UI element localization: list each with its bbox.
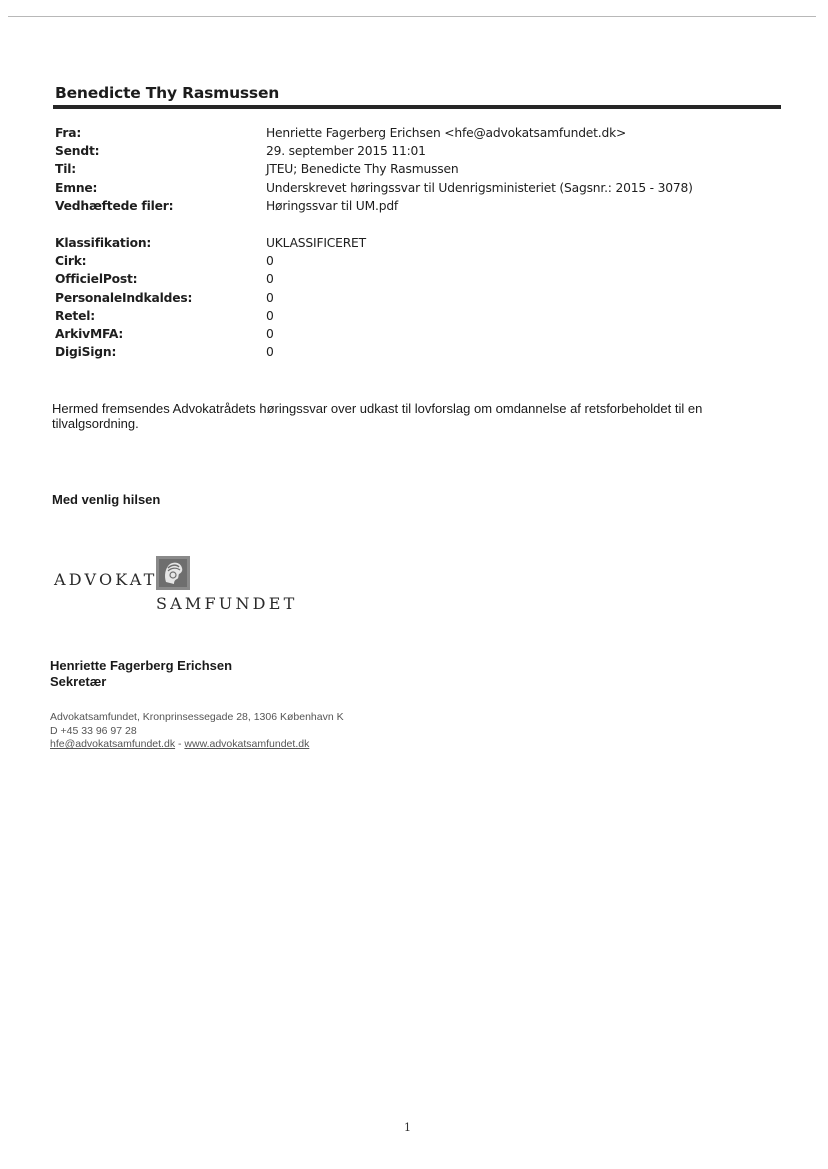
property-value: 0 — [266, 325, 274, 343]
property-row: ArkivMFA: 0 — [55, 325, 366, 343]
header-from: Fra: Henriette Fagerberg Erichsen <hfe@a… — [55, 124, 693, 142]
header-value: JTEU; Benedicte Thy Rasmussen — [266, 160, 458, 178]
property-row: Cirk: 0 — [55, 252, 366, 270]
header-sent: Sendt: 29. september 2015 11:01 — [55, 142, 693, 160]
property-row: Klassifikation: UKLASSIFICERET — [55, 234, 366, 252]
header-label: Sendt: — [55, 142, 266, 160]
attachment-filename: Høringssvar til UM.pdf — [266, 197, 398, 215]
signature-block: Henriette Fagerberg Erichsen Sekretær — [50, 658, 232, 690]
header-subject: Emne: Underskrevet høringssvar til Udenr… — [55, 179, 693, 197]
advokatsamfundet-logo: ADVOKAT SAMFUNDET — [54, 556, 294, 616]
signature-title: Sekretær — [50, 674, 232, 690]
property-label: ArkivMFA: — [55, 325, 266, 343]
page-number: 1 — [404, 1121, 411, 1134]
header-to: Til: JTEU; Benedicte Thy Rasmussen — [55, 160, 693, 178]
property-value: 0 — [266, 343, 274, 361]
signature-name: Henriette Fagerberg Erichsen — [50, 658, 232, 674]
property-label: Retel: — [55, 307, 266, 325]
header-label: Til: — [55, 160, 266, 178]
property-label: Cirk: — [55, 252, 266, 270]
email-link[interactable]: hfe@advokatsamfundet.dk — [50, 738, 175, 750]
header-value: 29. september 2015 11:01 — [266, 142, 426, 160]
logo-word-advokat: ADVOKAT — [54, 570, 158, 589]
property-row: PersonaleIndkaldes: 0 — [55, 289, 366, 307]
owner-divider — [53, 105, 781, 109]
email-headers: Fra: Henriette Fagerberg Erichsen <hfe@a… — [55, 124, 693, 215]
property-label: Klassifikation: — [55, 234, 266, 252]
signature-address: Advokatsamfundet, Kronprinsessegade 28, … — [50, 711, 344, 725]
logo-word-samfundet: SAMFUNDET — [156, 594, 297, 613]
header-label: Fra: — [55, 124, 266, 142]
property-label: PersonaleIndkaldes: — [55, 289, 266, 307]
property-row: Retel: 0 — [55, 307, 366, 325]
header-value: Underskrevet høringssvar til Udenrigsmin… — [266, 179, 693, 197]
closing-greeting: Med venlig hilsen — [52, 492, 160, 507]
website-link[interactable]: www.advokatsamfundet.dk — [184, 738, 309, 750]
property-value: UKLASSIFICERET — [266, 234, 366, 252]
mailbox-owner-name: Benedicte Thy Rasmussen — [55, 84, 279, 102]
property-value: 0 — [266, 270, 274, 288]
header-value: Henriette Fagerberg Erichsen <hfe@advoka… — [266, 124, 626, 142]
signature-contact: Advokatsamfundet, Kronprinsessegade 28, … — [50, 711, 344, 752]
header-attachments: Vedhæftede filer: Høringssvar til UM.pdf — [55, 197, 693, 215]
signature-links: hfe@advokatsamfundet.dk - www.advokatsam… — [50, 738, 344, 752]
helmeted-head-icon — [156, 556, 190, 590]
email-properties: Klassifikation: UKLASSIFICERET Cirk: 0 O… — [55, 234, 366, 361]
property-label: OfficielPost: — [55, 270, 266, 288]
property-row: OfficielPost: 0 — [55, 270, 366, 288]
header-label: Emne: — [55, 179, 266, 197]
property-value: 0 — [266, 252, 274, 270]
property-row: DigiSign: 0 — [55, 343, 366, 361]
property-value: 0 — [266, 289, 274, 307]
email-body: Hermed fremsendes Advokatrådets høringss… — [52, 401, 772, 431]
property-label: DigiSign: — [55, 343, 266, 361]
signature-phone: D +45 33 96 97 28 — [50, 725, 344, 739]
header-label: Vedhæftede filer: — [55, 197, 266, 215]
property-value: 0 — [266, 307, 274, 325]
top-divider — [8, 16, 816, 17]
